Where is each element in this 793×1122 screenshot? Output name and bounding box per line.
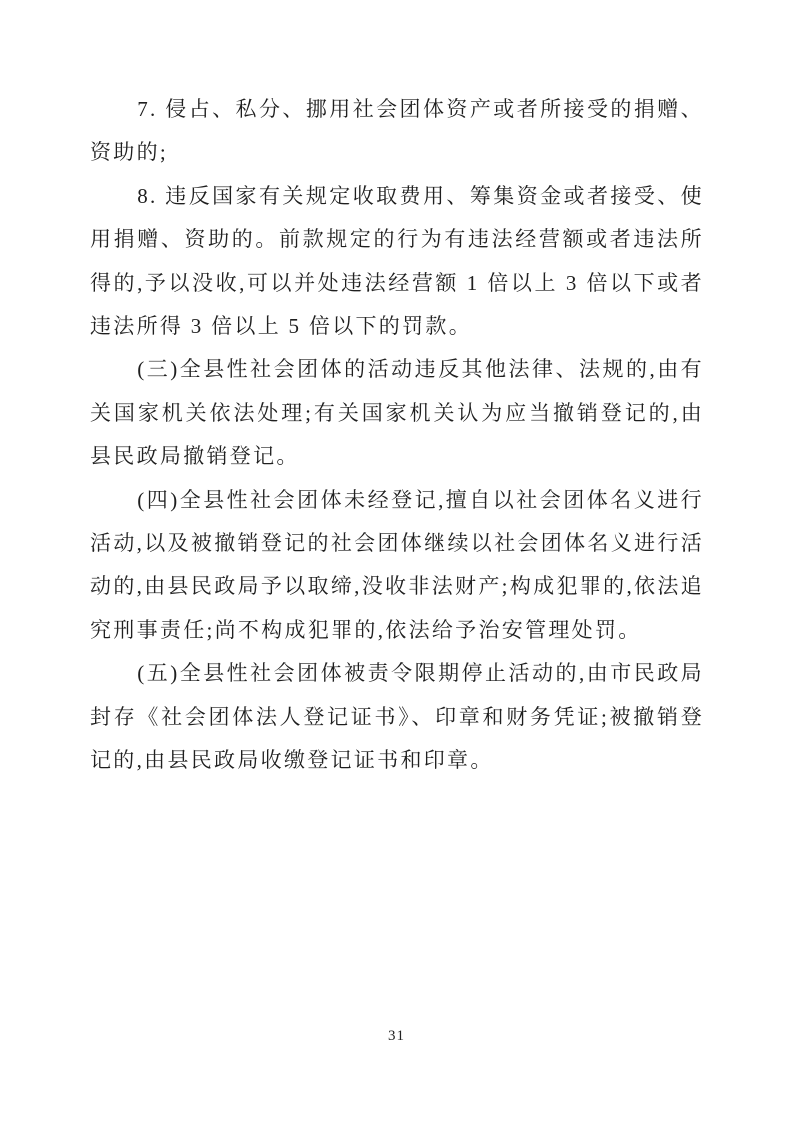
paragraph-item-8: 8. 违反国家有关规定收取费用、筹集资金或者接受、使用捐赠、资助的。前款规定的行… (90, 175, 704, 349)
paragraph-item-7: 7. 侵占、私分、挪用社会团体资产或者所接受的捐赠、资助的; (90, 88, 704, 175)
document-page: 7. 侵占、私分、挪用社会团体资产或者所接受的捐赠、资助的; 8. 违反国家有关… (0, 0, 793, 1122)
paragraph-section-five: (五)全县性社会团体被责令限期停止活动的,由市民政局封存《社会团体法人登记证书》… (90, 652, 704, 782)
paragraph-section-three: (三)全县性社会团体的活动违反其他法律、法规的,由有关国家机关依法处理;有关国家… (90, 348, 704, 478)
page-number: 31 (0, 1028, 793, 1045)
paragraph-section-four: (四)全县性社会团体未经登记,擅自以社会团体名义进行活动,以及被撤销登记的社会团… (90, 479, 704, 653)
document-body: 7. 侵占、私分、挪用社会团体资产或者所接受的捐赠、资助的; 8. 违反国家有关… (90, 88, 704, 783)
